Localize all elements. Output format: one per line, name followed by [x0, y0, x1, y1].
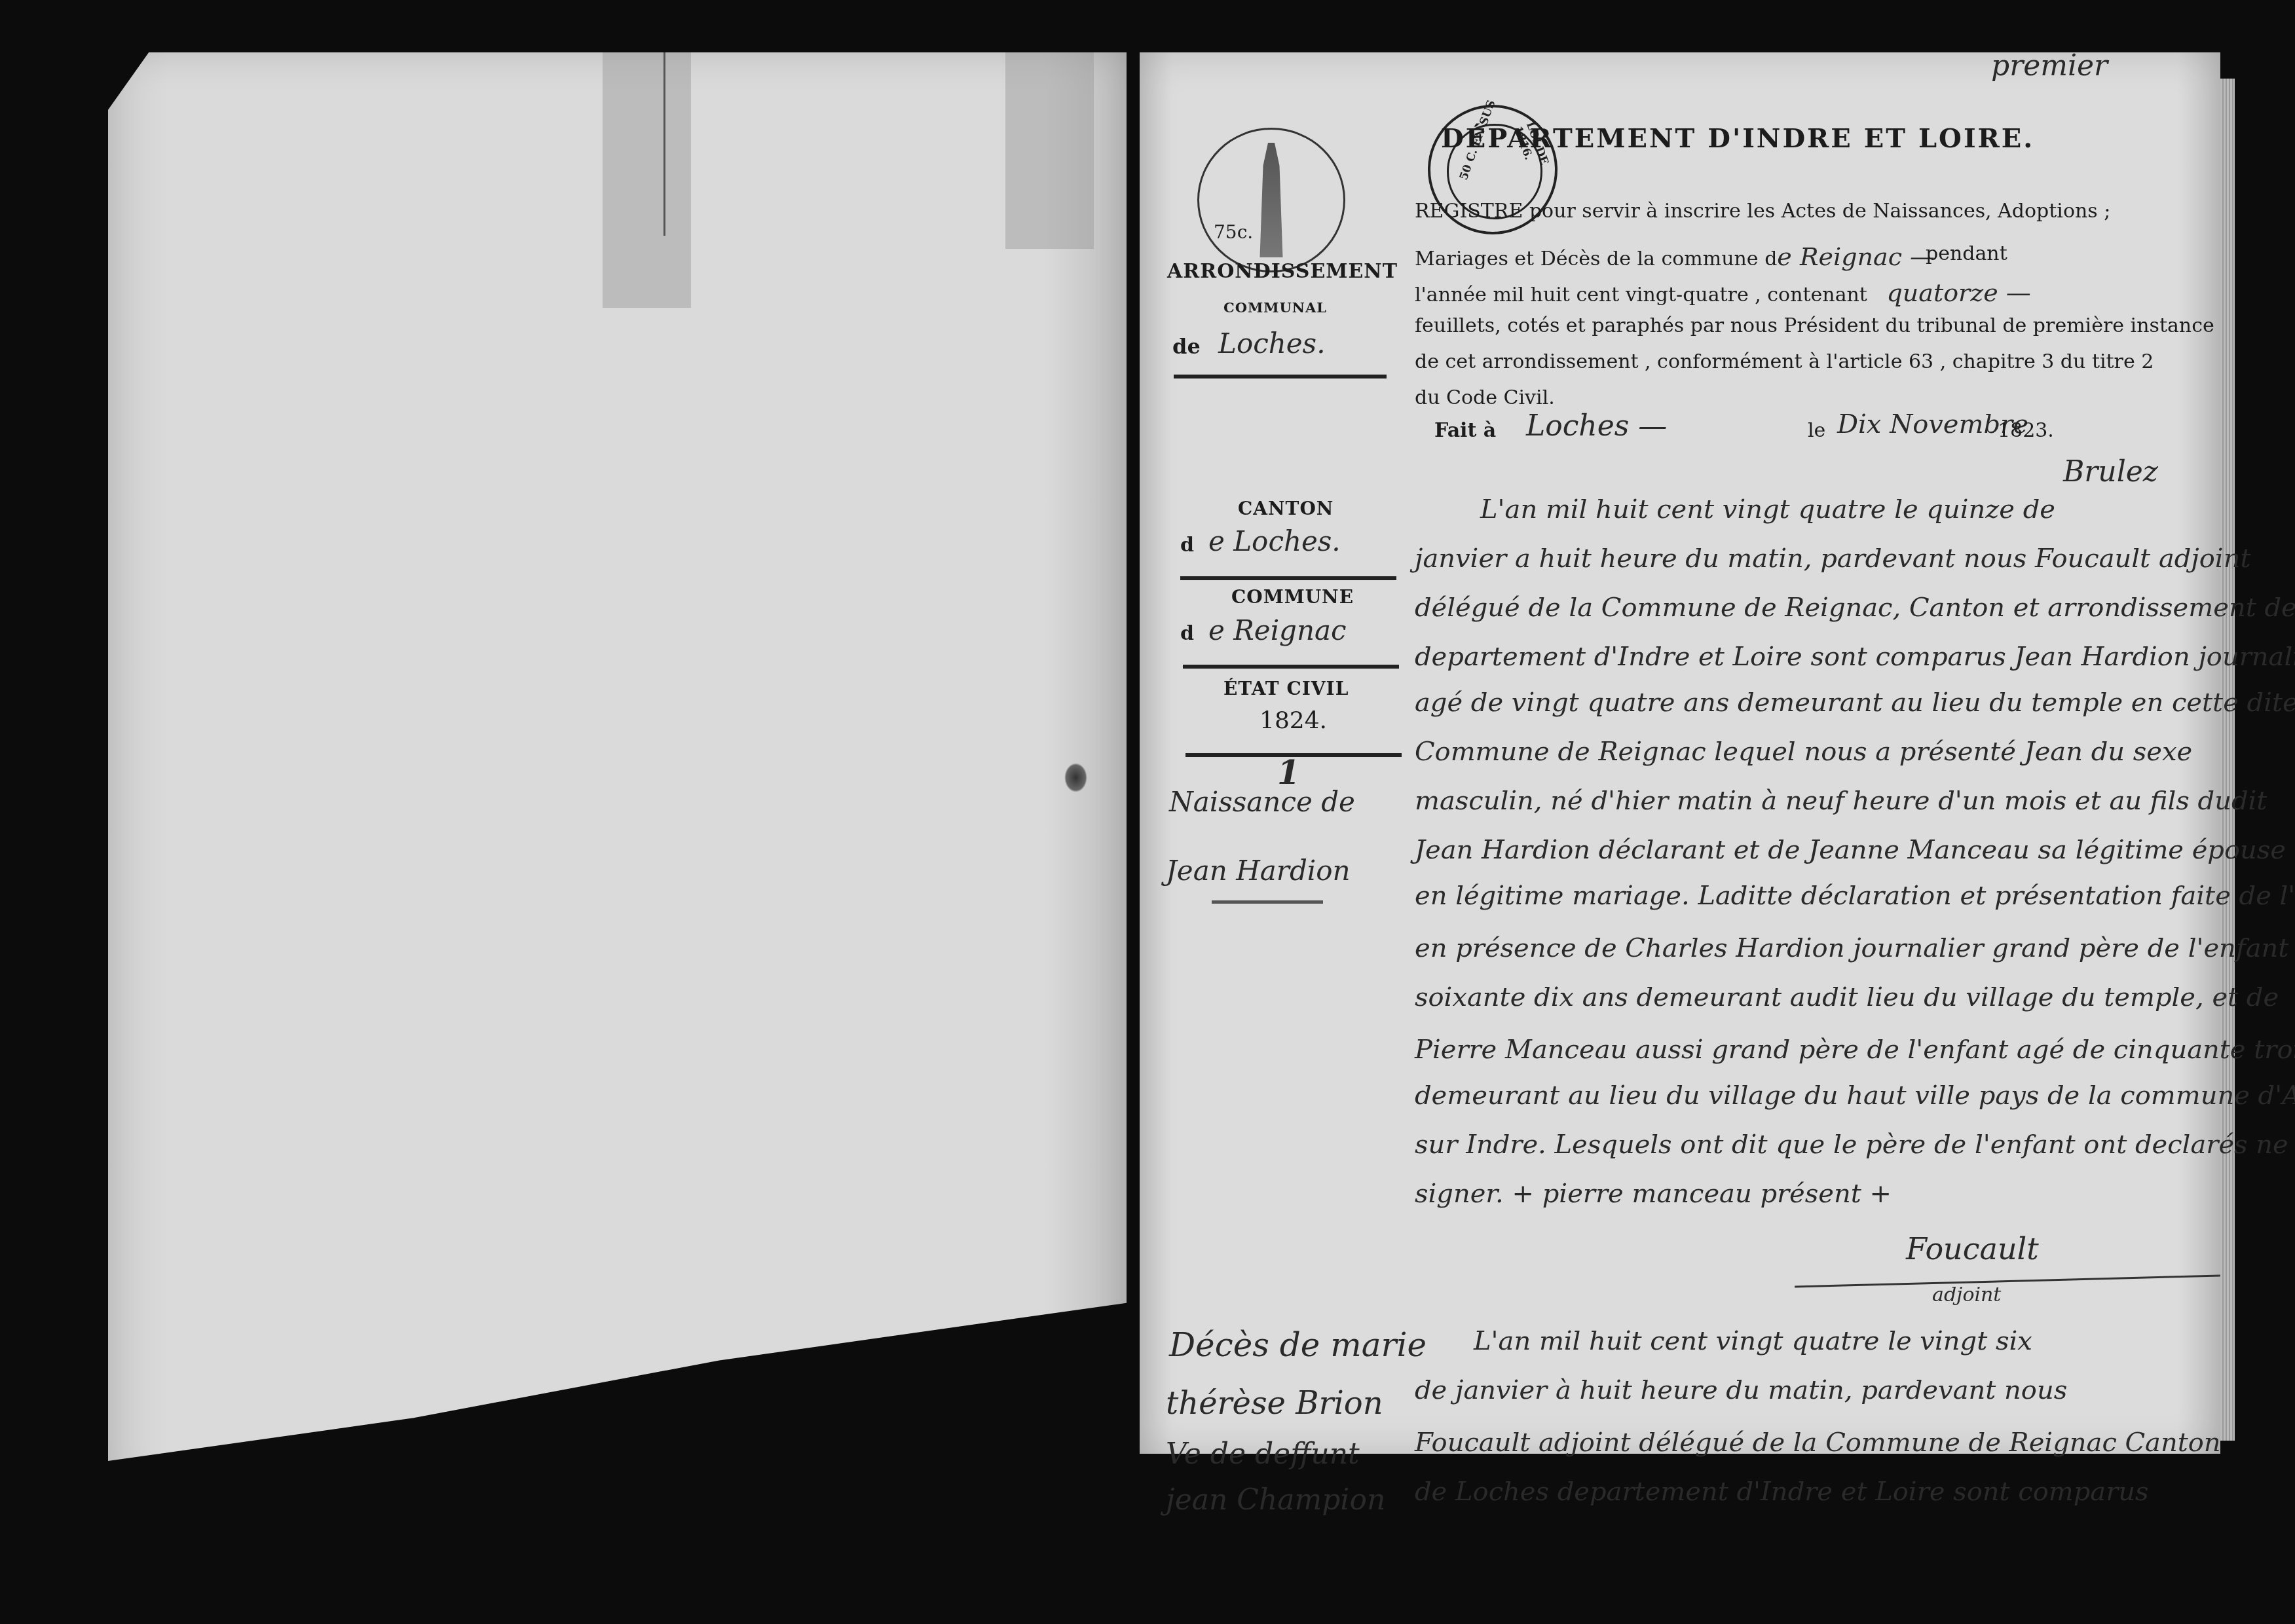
arrondissement-label: ARRONDISSEMENT	[1167, 260, 1398, 283]
entry-line: demeurant au lieu du village du haut vil…	[1415, 1080, 2295, 1111]
entry-margin-name: thérèse Brion	[1166, 1385, 1383, 1422]
entry-line: Foucault adjoint délégué de la Commune d…	[1415, 1428, 2221, 1458]
preamble-text: l'année mil huit cent vingt-quatre , con…	[1415, 284, 1867, 306]
divider	[1212, 900, 1323, 904]
entry-line: janvier a huit heure du matin, pardevant…	[1415, 544, 2250, 574]
folio-count-fill: quatorze —	[1886, 278, 2030, 307]
entry-line: Jean Hardion déclarant et de Jeanne Manc…	[1415, 835, 2295, 865]
entry-line: L'an mil huit cent vingt quatre le vingt…	[1474, 1326, 2032, 1356]
right-page: premier 75c. 50 C. EN SUS LOI DE 1816. D…	[1140, 52, 2220, 1454]
entry-line: agé de vingt quatre ans demeurant au lie…	[1415, 688, 2295, 718]
entry-margin-name: Jean Hardion	[1166, 855, 1351, 887]
le-label: le	[1808, 419, 1825, 442]
preamble-line-2: Mariages et Décès de la commune de Reign…	[1415, 242, 1935, 271]
entry-line: Pierre Manceau aussi grand père de l'enf…	[1415, 1035, 2295, 1065]
date-year: 1823.	[1998, 419, 2054, 442]
commune-fill: e Reignac —	[1777, 242, 1935, 271]
preamble-line-3: l'année mil huit cent vingt-quatre , con…	[1415, 278, 2031, 307]
entry-line: soixante dix ans demeurant audit lieu du…	[1415, 982, 2279, 1012]
paper-tear	[663, 52, 665, 236]
adjoint-signature: Foucault	[1906, 1231, 2039, 1266]
entry-line: masculin, né d'hier matin à neuf heure d…	[1415, 786, 2267, 816]
communal-label: COMMUNAL	[1223, 299, 1327, 316]
register-year: 1824.	[1259, 707, 1327, 734]
ink-stain	[1064, 763, 1087, 792]
commune-value: e Reignac	[1208, 614, 1347, 646]
entry-line: de Loches departement d'Indre et Loire s…	[1415, 1477, 2149, 1507]
entry-margin-husband: jean Champion	[1166, 1483, 1385, 1517]
signature-line	[1795, 1274, 2220, 1287]
folio-note: premier	[1991, 49, 2108, 83]
entry-line: de janvier à huit heure du matin, pardev…	[1415, 1375, 2067, 1405]
preamble-line-4: feuillets, cotés et paraphés par nous Pr…	[1415, 314, 2214, 337]
left-page	[108, 52, 1127, 1490]
canton-label: CANTON	[1238, 498, 1334, 519]
divider	[1174, 375, 1387, 378]
divider	[1180, 576, 1396, 580]
de-label: de	[1172, 334, 1201, 359]
entry-line: signer. + pierre manceau présent +	[1415, 1179, 1892, 1209]
etat-civil-label: ÉTAT CIVIL	[1223, 678, 1349, 699]
entry-line: sur Indre. Lesquels ont dit que le père …	[1415, 1130, 2295, 1160]
entry-line: en légitime mariage. Laditte déclaration…	[1415, 881, 2295, 911]
arrondissement-value: Loches.	[1218, 327, 1326, 360]
president-signature: Brulez	[2063, 455, 2158, 489]
entry-margin-widow: Ve de deffunt	[1166, 1437, 1360, 1471]
preamble-line-5: de cet arrondissement , conformément à l…	[1415, 350, 2154, 373]
canton-prefix: d	[1180, 534, 1194, 557]
preamble-line-6: du Code Civil.	[1415, 386, 1555, 409]
fait-place: Loches —	[1526, 409, 1667, 443]
entry-margin-title: Naissance de	[1169, 786, 1355, 818]
entry-margin-title: Décès de marie	[1169, 1326, 1427, 1364]
tax-stamp-medallion: 75c.	[1197, 128, 1345, 272]
divider	[1183, 665, 1399, 669]
tape-repair	[603, 52, 691, 308]
entry-line: en présence de Charles Hardion journalie…	[1415, 933, 2295, 963]
tape-repair	[1005, 52, 1094, 249]
entry-line: L'an mil huit cent vingt quatre le quinz…	[1480, 494, 2055, 525]
commune-label: COMMUNE	[1231, 586, 1354, 608]
entry-line: délégué de la Commune de Reignac, Canton…	[1415, 593, 2295, 623]
pendant-label: pendant	[1926, 242, 2007, 265]
canton-value: e Loches.	[1208, 525, 1341, 557]
commune-prefix: d	[1180, 622, 1194, 645]
entry-line: departement d'Indre et Loire sont compar…	[1415, 642, 2295, 672]
preamble-text: Mariages et Décès de la commune d	[1415, 248, 1777, 270]
department-title: DÉPARTEMENT D'INDRE ET LOIRE.	[1441, 123, 2034, 154]
entry-line: Commune de Reignac lequel nous a présent…	[1415, 737, 2192, 767]
stamp-value: 75c.	[1214, 221, 1253, 243]
preamble-line-1: REGISTRE pour servir à inscrire les Acte…	[1415, 200, 2110, 223]
fait-label: Fait à	[1434, 419, 1496, 442]
adjoint-title: adjoint	[1932, 1283, 2001, 1306]
page-edges	[2220, 79, 2235, 1441]
allegorical-figure-icon	[1255, 143, 1288, 257]
